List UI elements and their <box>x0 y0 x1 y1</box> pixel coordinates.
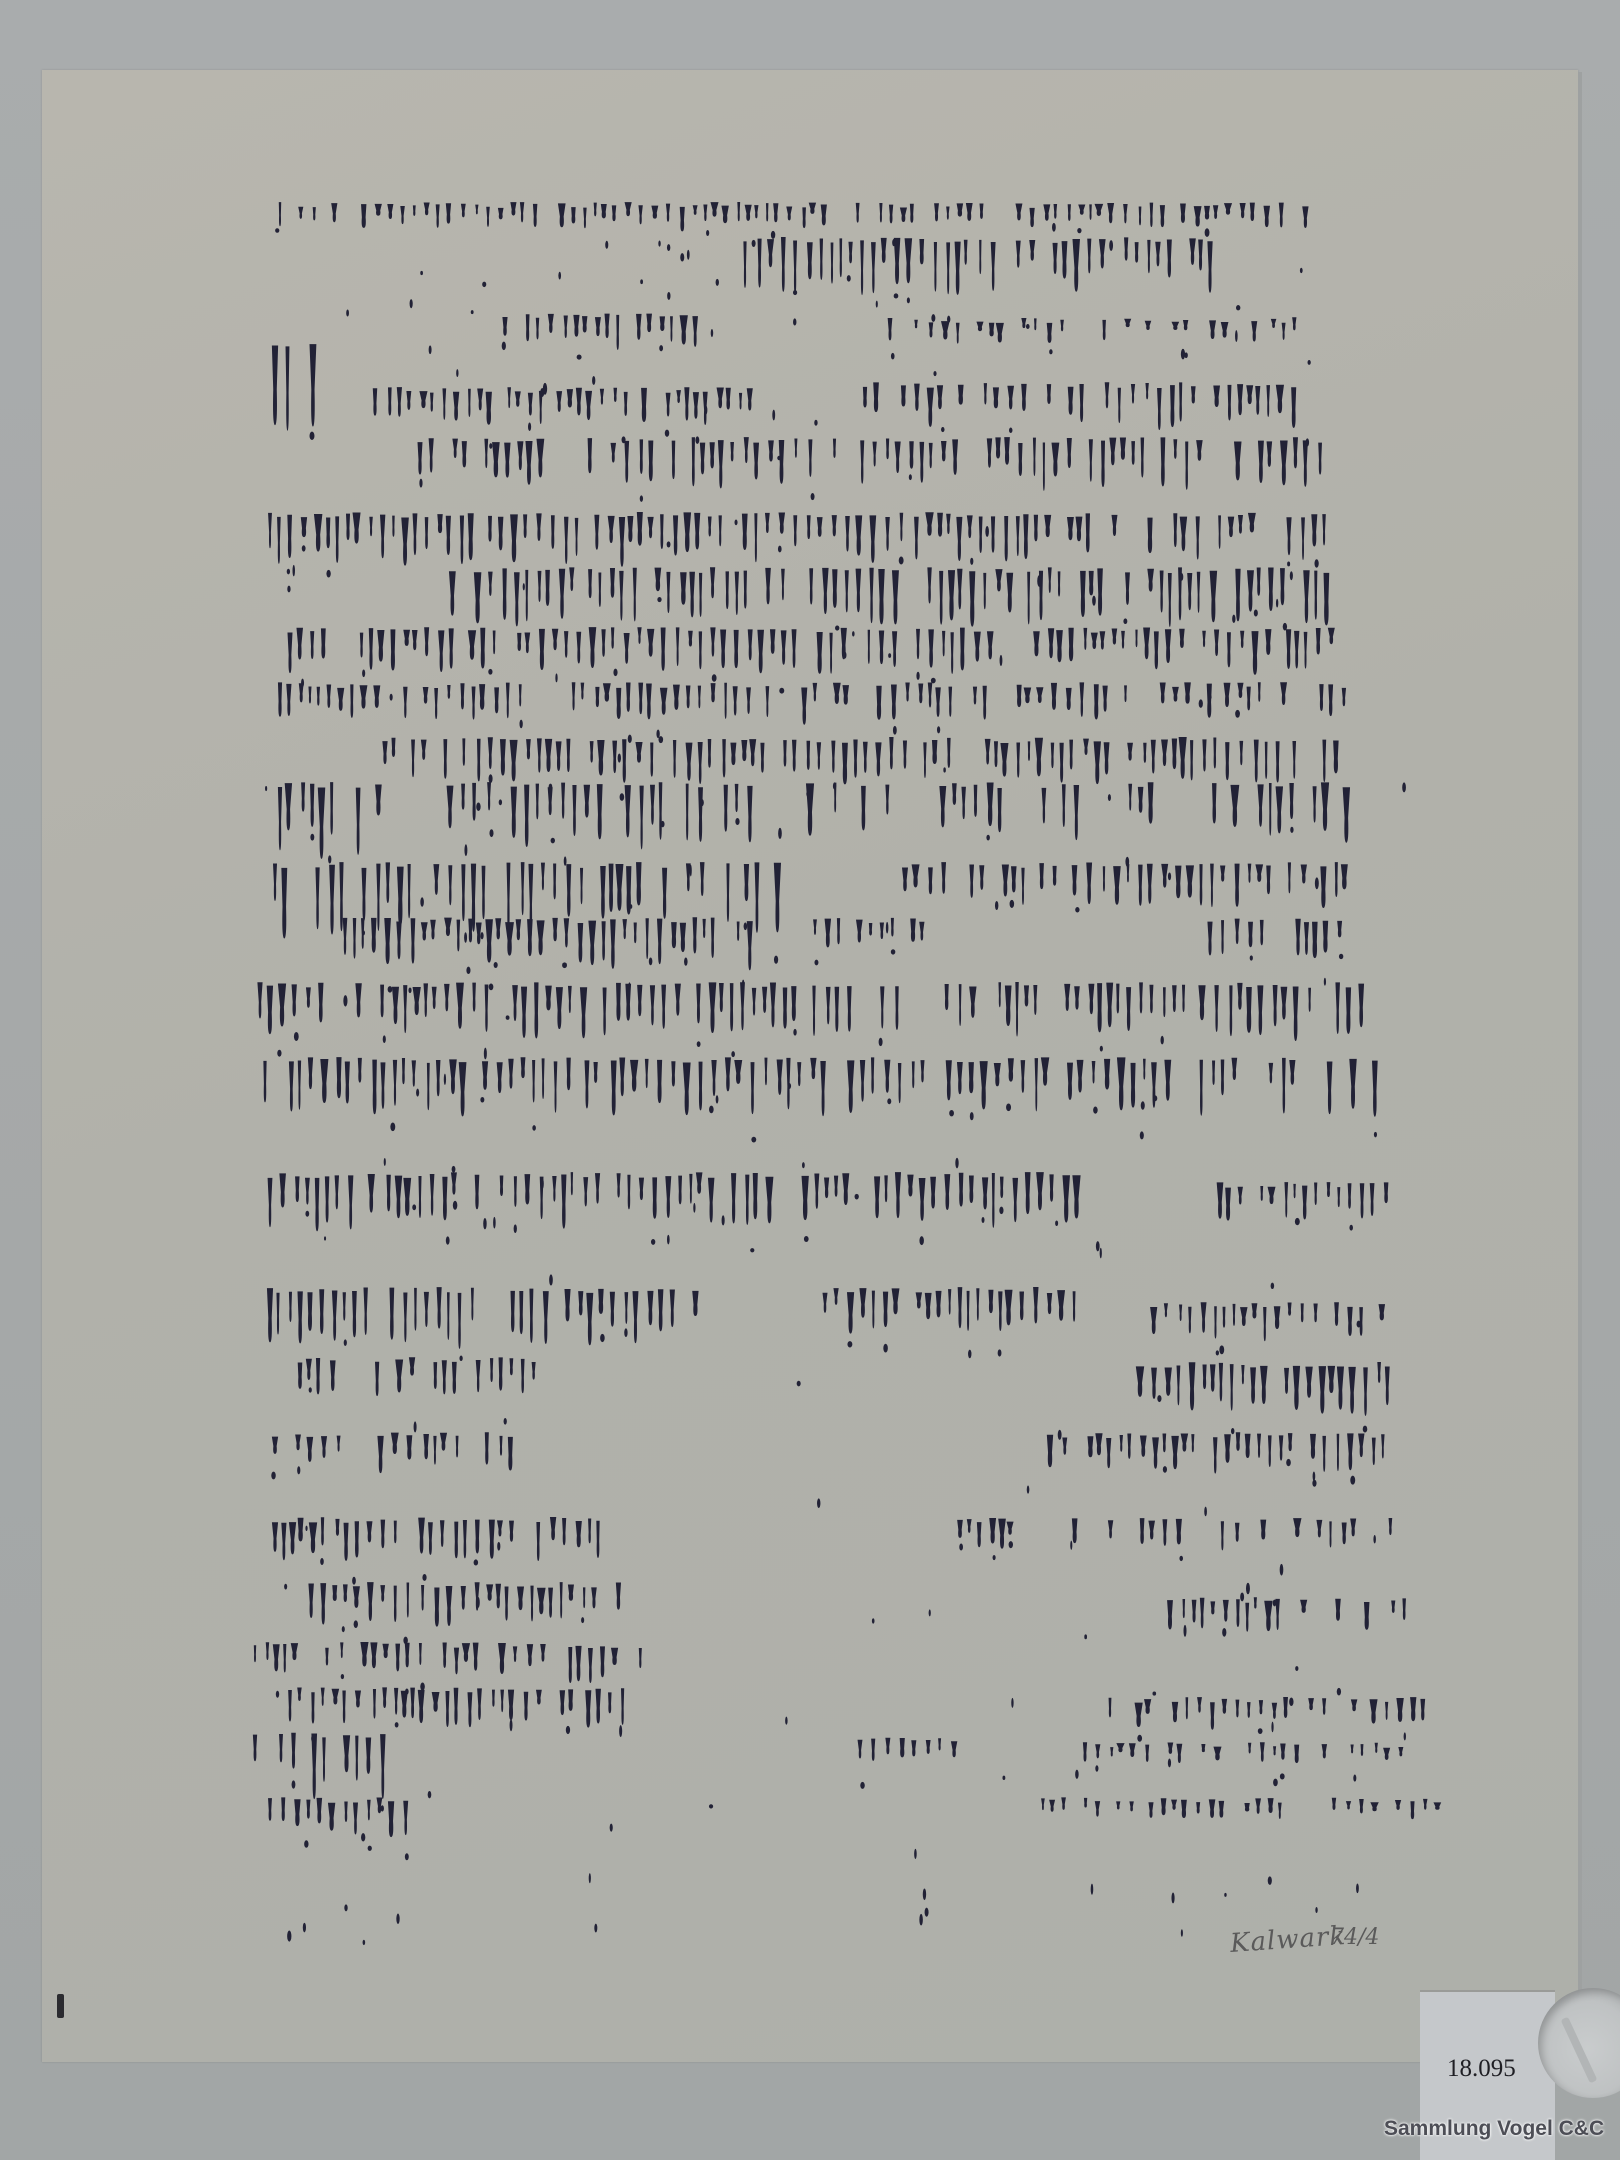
ink-drip-artwork <box>0 0 1620 2160</box>
ink-mark <box>57 1994 64 2018</box>
inventory-number: 18.095 <box>1447 2055 1516 2083</box>
collection-watermark: Sammlung Vogel C&C <box>1384 2117 1604 2141</box>
edition-number: 74/4 <box>1330 1925 1379 1950</box>
